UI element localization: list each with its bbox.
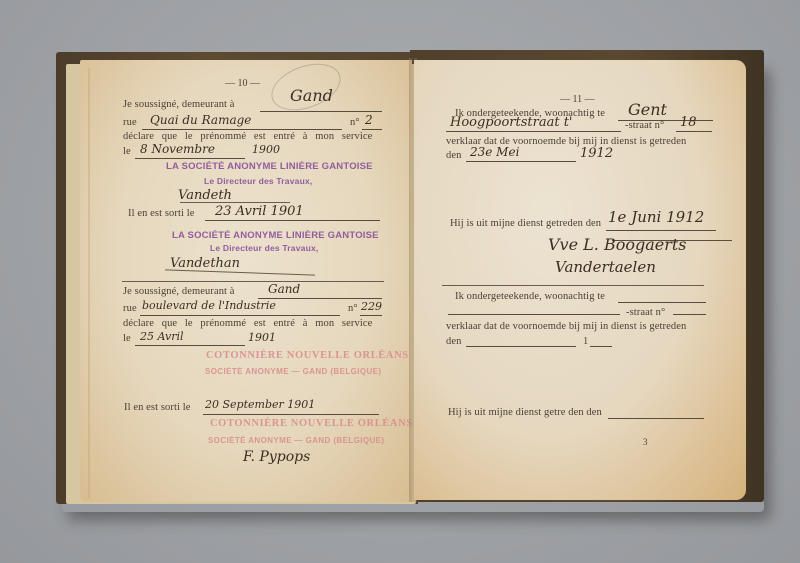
entry-separator-right — [442, 285, 704, 286]
page-number-left: — 10 — — [225, 78, 260, 89]
r-signature-line1: Vve L. Boogaerts — [548, 235, 687, 254]
r-entry1-exit-value: 1e Juni 1912 — [608, 208, 704, 226]
entry1-exit-label: Il en est sorti le — [128, 208, 195, 219]
entry1-exit-value: 23 Avril 1901 — [215, 204, 304, 219]
entry2-date-value: 25 Avril — [140, 330, 184, 343]
employer-signature: F. Pypops — [243, 449, 310, 465]
entry2-residence-label: Je soussigné, demeurant à — [123, 286, 235, 297]
r-entry1-date-year: 1912 — [580, 146, 613, 161]
entry1-declaration-text: déclare que le prénommé est entré à mon … — [123, 131, 372, 142]
r-entry2-year-prefix: 1 — [583, 336, 588, 347]
entry2-date-year: 1901 — [248, 331, 276, 344]
r-entry2-date-line — [466, 346, 576, 347]
stamp-director-title-2: Le Directeur des Travaux, — [210, 243, 318, 253]
entry2-street-label: rue — [123, 303, 137, 314]
entry1-street-line — [142, 129, 342, 130]
r-entry2-date-label: den — [446, 336, 461, 347]
r-entry2-exit-line — [608, 418, 704, 419]
entry2-date-label: le — [123, 333, 131, 344]
r-entry2-exit-label: Hij is uit mijne dienst getre den den — [448, 407, 602, 418]
director-signature-1: Vandeth — [178, 188, 232, 203]
r-entry1-date-value: 23e Mei — [470, 145, 519, 159]
director-signature-2: Vandethan — [170, 256, 240, 271]
stamp-cotonniere-sub-2: SOCIÉTÉ ANONYME — GAND (BELGIQUE) — [208, 436, 384, 445]
r-entry2-residence-line — [618, 302, 706, 303]
entry1-residence-line — [260, 111, 382, 112]
entry1-number-line — [362, 129, 382, 130]
r-entry1-street-line — [446, 131, 621, 132]
entry2-number-line — [360, 315, 382, 316]
r-entry1-street-value: Hoogpoortstraat t' — [450, 115, 573, 130]
r-entry1-date-label: den — [446, 150, 461, 161]
entry2-street-value: boulevard de l'Industrie — [142, 299, 276, 312]
entry1-exit-line — [205, 220, 380, 221]
entry1-date-value: 8 Novembre — [140, 142, 215, 156]
r-entry1-date-line — [466, 161, 576, 162]
entry1-number-label: n° — [350, 117, 360, 128]
stamp-cotonniere-2: COTONNIÈRE NOUVELLE ORLÉANS — [210, 418, 413, 429]
entry1-date-label: le — [123, 146, 131, 157]
signature-flourish-1 — [180, 202, 290, 203]
r-entry1-exit-line — [606, 230, 716, 231]
entry1-residence-value: Gand — [290, 86, 333, 105]
r-entry1-residence-value: Gent — [628, 100, 667, 119]
entry2-exit-line — [203, 414, 379, 415]
stamp-director-title-1: Le Directeur des Travaux, — [204, 176, 312, 186]
r-entry2-year-line — [590, 346, 612, 347]
entry1-number-value: 2 — [365, 113, 373, 127]
entry2-residence-value: Gand — [268, 282, 300, 296]
entry2-number-value: 229 — [361, 300, 382, 313]
entry1-date-year: 1900 — [252, 143, 280, 156]
stamp-cotonniere-sub-1: SOCIÉTÉ ANONYME — GAND (BELGIQUE) — [205, 367, 381, 376]
entry1-residence-label: Je soussigné, demeurant à — [123, 99, 235, 110]
r-entry1-street-label: -straat n° — [625, 120, 664, 131]
entry2-date-line — [135, 345, 245, 346]
stamp-company-liniere-1: LA SOCIÉTÉ ANONYME LINIÈRE GANTOISE — [166, 161, 373, 172]
entry2-number-label: n° — [348, 303, 358, 314]
r-entry2-declaration-text: verklaar dat de voornoemde bij mij in di… — [446, 321, 686, 332]
stamp-cotonniere-1: COTONNIÈRE NOUVELLE ORLÉANS — [206, 350, 409, 361]
entry2-exit-value: 20 September 1901 — [205, 398, 315, 411]
r-signature-line2: Vandertaelen — [555, 258, 656, 276]
entry2-residence-line — [258, 298, 382, 299]
r-entry2-street-line — [448, 314, 620, 315]
r-entry1-number-value: 18 — [680, 115, 697, 130]
entry-separator-left — [122, 281, 384, 282]
entry1-date-line — [135, 158, 245, 159]
entry1-street-value: Quai du Ramage — [150, 113, 251, 127]
stamp-company-liniere-2: LA SOCIÉTÉ ANONYME LINIÈRE GANTOISE — [172, 230, 379, 241]
entry2-declaration-text: déclare que le prénommé est entré à mon … — [123, 318, 372, 329]
r-entry2-street-label: -straat n° — [626, 307, 665, 318]
r-entry1-number-line — [676, 131, 712, 132]
entry2-exit-label: Il en est sorti le — [124, 402, 191, 413]
entry1-street-label: rue — [123, 117, 137, 128]
page-number-right: — 11 — — [560, 94, 595, 105]
page-edge-fold — [88, 68, 90, 498]
entry2-street-line — [140, 315, 340, 316]
r-entry1-exit-label: Hij is uit mijne dienst getreden den — [450, 218, 601, 229]
r-entry2-number-line — [673, 314, 706, 315]
r-entry2-residence-label: Ik ondergeteekende, woonachtig te — [455, 291, 605, 302]
page-footer-mark: 3 — [643, 437, 648, 447]
